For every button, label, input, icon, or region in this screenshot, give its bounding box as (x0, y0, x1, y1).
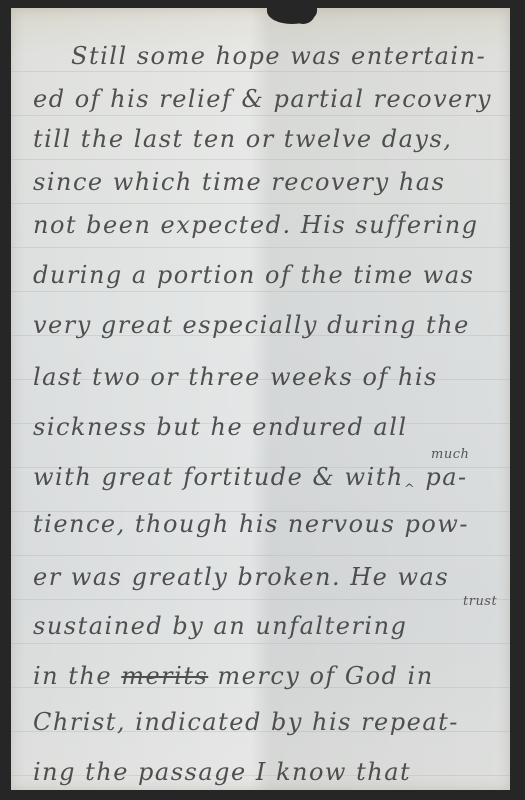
line-text: since which time recovery has (33, 168, 445, 196)
line-text: very great especially during the (33, 311, 470, 339)
line-text: sickness but he endured all (33, 413, 408, 441)
line-text: not been expected. His suffering (33, 211, 479, 239)
letter-page: Still some hope was entertain- ed of his… (11, 8, 510, 790)
line-text: ed of his relief & partial recovery (33, 85, 492, 113)
line-text: till the last ten or twelve days, (33, 125, 452, 153)
text-line-4: since which time recovery has (33, 168, 445, 196)
text-line-12: er was greatly broken. He was (33, 563, 449, 591)
text-line-7: very great especially during the (33, 311, 470, 339)
text-line-14: in the merits mercy of God in (33, 662, 434, 690)
text-line-15: Christ, indicated by his repeat- (33, 708, 459, 736)
text-line-2: ed of his relief & partial recovery (33, 85, 492, 113)
text-line-5: not been expected. His suffering (33, 211, 479, 239)
insertion-caret: ^ (404, 482, 416, 497)
text-line-13: sustained by an unfaltering trust (33, 612, 407, 640)
text-line-10: with great fortitude & with^ pa- much (33, 463, 468, 497)
line-text: last two or three weeks of his (33, 363, 438, 391)
handwritten-text: Still some hope was entertain- ed of his… (11, 8, 510, 790)
text-line-9: sickness but he endured all (33, 413, 408, 441)
line-text: Still some hope was entertain- (71, 42, 486, 70)
line-text: in the (33, 662, 121, 690)
line-text: ing the passage I know that (33, 758, 411, 786)
line-text-continued: pa- (416, 463, 467, 491)
line-text: sustained by an unfaltering (33, 612, 407, 640)
text-line-3: till the last ten or twelve days, (33, 125, 452, 153)
interlinear-insertion: trust (463, 594, 497, 609)
text-line-1: Still some hope was entertain- (71, 42, 486, 70)
line-text: Christ, indicated by his repeat- (33, 708, 459, 736)
line-text: with great fortitude & with (33, 463, 404, 491)
struck-word: merits (121, 662, 208, 690)
scan-background: Still some hope was entertain- ed of his… (0, 0, 525, 800)
line-text-continued: mercy of God in (208, 662, 433, 690)
text-line-8: last two or three weeks of his (33, 363, 438, 391)
text-line-6: during a portion of the time was (33, 261, 474, 289)
text-line-11: tience, though his nervous pow- (33, 510, 469, 538)
interlinear-insertion: much (431, 447, 469, 462)
line-text: er was greatly broken. He was (33, 563, 449, 591)
line-text: tience, though his nervous pow- (33, 510, 469, 538)
line-text: during a portion of the time was (33, 261, 474, 289)
text-line-16: ing the passage I know that (33, 758, 411, 786)
